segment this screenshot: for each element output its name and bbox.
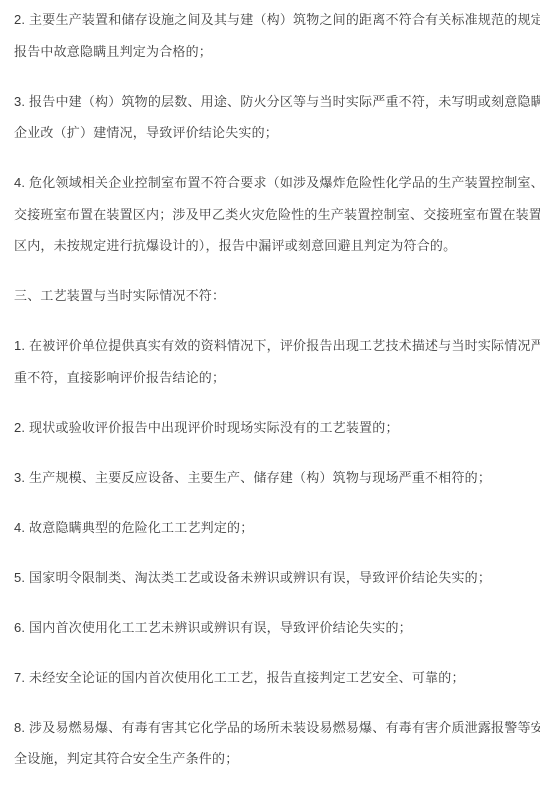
text-line: 3. 生产规模、主要反应设备、主要生产、储存建（构）筑物与现场严重不相符的； <box>14 462 538 494</box>
document-body: 2. 主要生产装置和储存设施之间及其与建（构）筑物之间的距离不符合有关标准规范的… <box>0 0 540 785</box>
text-line: 报告中故意隐瞒且判定为合格的； <box>14 36 538 68</box>
text-line: 区内，未按规定进行抗爆设计的），报告中漏评或刻意回避且判定为符合的。 <box>14 230 538 262</box>
text-line: 5. 国家明令限制类、淘汰类工艺或设备未辨识或辨识有误，导致评价结论失实的； <box>14 562 538 594</box>
text-line: 交接班室布置在装置区内；涉及甲乙类火灾危险性的生产装置控制室、交接班室布置在装置 <box>14 199 538 231</box>
section-heading-text: 三、工艺装置与当时实际情况不符： <box>14 280 538 312</box>
list-item-4-section3: 4. 故意隐瞒典型的危险化工工艺判定的； <box>14 512 538 544</box>
list-item-5-section3: 5. 国家明令限制类、淘汰类工艺或设备未辨识或辨识有误，导致评价结论失实的； <box>14 562 538 594</box>
section-heading: 三、工艺装置与当时实际情况不符： <box>14 280 538 312</box>
text-line: 2. 主要生产装置和储存设施之间及其与建（构）筑物之间的距离不符合有关标准规范的… <box>14 4 538 36</box>
text-line: 4. 故意隐瞒典型的危险化工工艺判定的； <box>14 512 538 544</box>
list-item-4: 4. 危化领域相关企业控制室布置不符合要求（如涉及爆炸危险性化学品的生产装置控制… <box>14 167 538 262</box>
list-item-2-section3: 2. 现状或验收评价报告中出现评价时现场实际没有的工艺装置的； <box>14 412 538 444</box>
text-line: 7. 未经安全论证的国内首次使用化工工艺，报告直接判定工艺安全、可靠的； <box>14 662 538 694</box>
text-line: 1. 在被评价单位提供真实有效的资料情况下，评价报告出现工艺技术描述与当时实际情… <box>14 330 538 362</box>
text-line: 2. 现状或验收评价报告中出现评价时现场实际没有的工艺装置的； <box>14 412 538 444</box>
list-item-6-section3: 6. 国内首次使用化工工艺未辨识或辨识有误，导致评价结论失实的； <box>14 612 538 644</box>
text-line: 8. 涉及易燃易爆、有毒有害其它化学品的场所未装设易燃易爆、有毒有害介质泄露报警… <box>14 712 538 744</box>
list-item-3-section3: 3. 生产规模、主要反应设备、主要生产、储存建（构）筑物与现场严重不相符的； <box>14 462 538 494</box>
list-item-2: 2. 主要生产装置和储存设施之间及其与建（构）筑物之间的距离不符合有关标准规范的… <box>14 4 538 67</box>
text-line: 全设施，判定其符合安全生产条件的； <box>14 743 538 775</box>
list-item-3: 3. 报告中建（构）筑物的层数、用途、防火分区等与当时实际严重不符，未写明或刻意… <box>14 86 538 149</box>
text-line: 6. 国内首次使用化工工艺未辨识或辨识有误，导致评价结论失实的； <box>14 612 538 644</box>
text-line: 3. 报告中建（构）筑物的层数、用途、防火分区等与当时实际严重不符，未写明或刻意… <box>14 86 538 118</box>
text-line: 企业改（扩）建情况，导致评价结论失实的； <box>14 117 538 149</box>
list-item-8-section3: 8. 涉及易燃易爆、有毒有害其它化学品的场所未装设易燃易爆、有毒有害介质泄露报警… <box>14 712 538 775</box>
list-item-7-section3: 7. 未经安全论证的国内首次使用化工工艺，报告直接判定工艺安全、可靠的； <box>14 662 538 694</box>
text-line: 4. 危化领域相关企业控制室布置不符合要求（如涉及爆炸危险性化学品的生产装置控制… <box>14 167 538 199</box>
text-line: 重不符，直接影响评价报告结论的； <box>14 362 538 394</box>
list-item-1-section3: 1. 在被评价单位提供真实有效的资料情况下，评价报告出现工艺技术描述与当时实际情… <box>14 330 538 393</box>
